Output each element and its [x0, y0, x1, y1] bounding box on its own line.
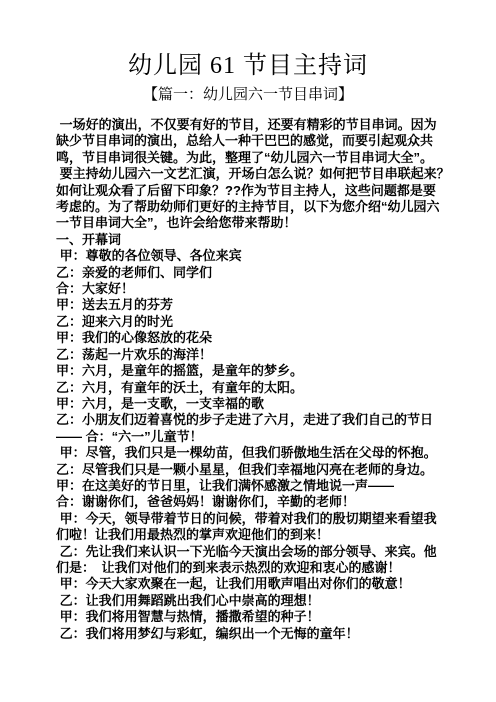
text-line: 如何让观众看了后留下印象？??作为节目主持人，这些问题都是要 [56, 183, 456, 199]
text-line: 乙：六月，有童年的沃土，有童年的太阳。 [56, 380, 456, 396]
text-line: 甲：六月，是童年的摇篮，是童年的梦乡。 [56, 363, 456, 379]
text-line: 合：大家好！ [56, 281, 456, 297]
text-line: 乙：尽管我们只是一颗小星星，但我们幸福地闪亮在老师的身边。 [56, 462, 456, 478]
text-line: 缺少节目串词的演出，总给人一种干巴巴的感觉，而要引起观众共 [56, 133, 456, 149]
text-line: 乙：我们将用梦幻与彩虹，编织出一个无悔的童年！ [56, 626, 456, 642]
text-line: 们是： 让我们对他们的到来表示热烈的欢迎和衷心的感谢！ [56, 560, 456, 576]
text-line: 乙：亲爱的老师们、同学们 [56, 265, 456, 281]
document-subtitle: 【篇一：幼儿园六一节目串词】 [0, 84, 496, 106]
text-line: 乙：让我们用舞蹈跳出我们心中崇高的理想！ [56, 593, 456, 609]
text-line: 鸣，节目串词很关键。为此，整理了“幼儿园六一节目串词大全”。 [56, 150, 456, 166]
text-line: 乙：荡起一片欢乐的海洋！ [56, 347, 456, 363]
text-line: 一场好的演出，不仅要有好的节目，还要有精彩的节目串词。因为 [56, 117, 456, 133]
text-line: 甲：我们的心像怒放的花朵 [56, 330, 456, 346]
document-title: 幼儿园 61 节目主持词 [0, 50, 496, 82]
text-line: 甲：今天，领导带着节日的问候，带着对我们的殷切期望来看望我 [56, 511, 456, 527]
text-line: 乙：小朋友们迈着喜悦的步子走进了六月，走进了我们自己的节日 [56, 412, 456, 428]
text-line: 甲：在这美好的节日里，让我们满怀感激之情地说一声—— [56, 478, 456, 494]
text-line: 要主持幼儿园六一文艺汇演，开场白怎么说？如何把节目串联起来？ [56, 166, 456, 182]
document-body: 一场好的演出，不仅要有好的节目，还要有精彩的节目串词。因为缺少节目串词的演出，总… [0, 117, 496, 642]
text-line: 甲：六月，是一支歌，一支幸福的歌 [56, 396, 456, 412]
text-line: 一节目串词大全”，也许会给您带来帮助！ [56, 215, 456, 231]
text-line: 甲：送去五月的芬芳 [56, 297, 456, 313]
text-line: 合：谢谢你们，爸爸妈妈！谢谢你们，辛勤的老师！ [56, 494, 456, 510]
text-line: 乙：迎来六月的时光 [56, 314, 456, 330]
document-page: 幼儿园 61 节目主持词 【篇一：幼儿园六一节目串词】 一场好的演出，不仅要有好… [0, 0, 496, 702]
text-line: 一、开幕词 [56, 232, 456, 248]
text-line: 们啦！让我们用最热烈的掌声欢迎他们的到来！ [56, 527, 456, 543]
text-line: 甲：尽管，我们只是一棵幼苗，但我们骄傲地生活在父母的怀抱。 [56, 445, 456, 461]
text-line: 考虑的。为了帮助幼师们更好的主持节目，以下为您介绍“幼儿园六 [56, 199, 456, 215]
text-line: 乙：先让我们来认识一下光临今天演出会场的部分领导、来宾。他 [56, 544, 456, 560]
text-line: —— 合：“六一”儿童节！ [56, 429, 456, 445]
text-line: 甲：我们将用智慧与热情，播撒希望的种子！ [56, 609, 456, 625]
text-line: 甲：今天大家欢聚在一起，让我们用歌声唱出对你们的敬意！ [56, 576, 456, 592]
text-line: 甲：尊敬的各位领导、各位来宾 [56, 248, 456, 264]
